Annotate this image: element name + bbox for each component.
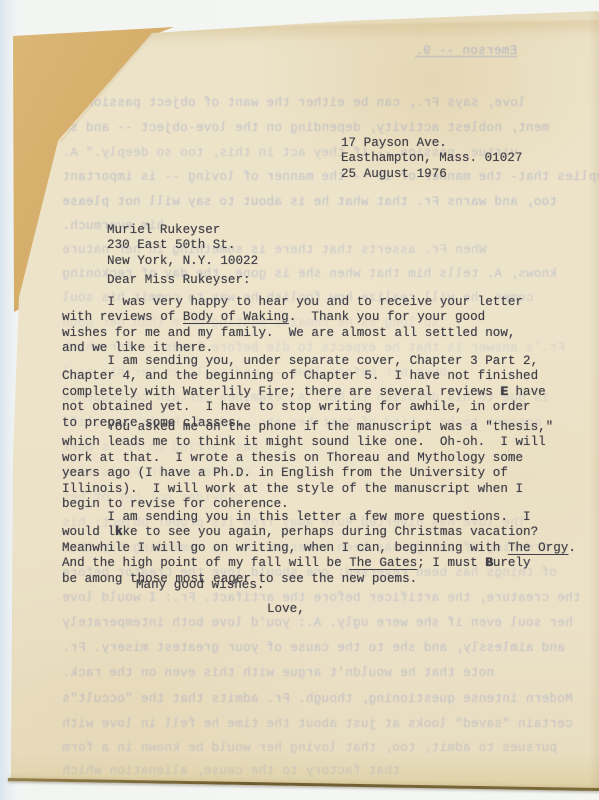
text-run: New York, N.Y. 10022	[107, 254, 258, 268]
scan-background: Emerson -- 9.love, says Fr., can be eith…	[0, 0, 599, 800]
text-run: not obtained yet. I have to stop writing…	[62, 400, 531, 414]
underlined-text: Body of Waking	[183, 310, 289, 324]
typed-line: not obtained yet. I have to stop writing…	[62, 400, 546, 415]
text-run: And the high point of my fall will be	[62, 556, 349, 570]
typed-line: with reviews of Body of Waking. Thank yo…	[62, 310, 523, 325]
text-run: completely with Waterlily Fire; there ar…	[62, 385, 500, 399]
underlined-text: The Gates	[349, 556, 417, 570]
text-run: would l	[62, 525, 115, 539]
typed-line: I am sending you, under separate cover, …	[62, 354, 546, 369]
typed-line: completely with Waterlily Fire; there ar…	[62, 385, 546, 400]
overstruck-text: B	[485, 556, 493, 570]
typed-line: which leads me to think it might sound l…	[62, 435, 553, 450]
underlined-text: The Orgy	[508, 541, 568, 555]
paragraph-4: I am sending you in this letter a few mo…	[62, 510, 576, 587]
text-run: Muriel Rukeyser	[107, 223, 220, 237]
letter-content: 17 Payson Ave.Easthampton, Mass. 0102725…	[0, 0, 599, 800]
text-run: Meanwhile I will go on writing, when I c…	[62, 541, 508, 555]
typed-line: work at that. I wrote a thesis on Thorea…	[62, 451, 553, 466]
text-run: Easthampton, Mass. 01027	[341, 151, 522, 165]
text-run: begin to revise for coherence.	[62, 497, 289, 511]
text-run: Illinois). I will work at the style of t…	[62, 482, 523, 496]
typed-line: Muriel Rukeyser	[107, 223, 258, 238]
text-run: . Thank you for your good	[289, 310, 486, 324]
recipient-address: Muriel Rukeyser230 East 50th St.New York…	[107, 223, 258, 269]
typed-line: You asked me on the phone if the manuscr…	[62, 420, 553, 435]
paragraph-3: You asked me on the phone if the manuscr…	[62, 420, 553, 512]
text-run: I am sending you in this letter a few mo…	[62, 510, 531, 524]
typed-line: 25 August 1976	[341, 167, 522, 182]
typed-line: Illinois). I will work at the style of t…	[62, 482, 553, 497]
text-run: 230 East 50th St.	[107, 238, 235, 252]
text-run: have	[508, 385, 546, 399]
text-run: I am sending you, under separate cover, …	[62, 354, 538, 368]
salutation: Dear Miss Rukeyser:	[107, 273, 251, 288]
text-run: ke to see you again, perhaps during Chri…	[122, 525, 538, 539]
typed-line: Chapter 4, and the beginning of Chapter …	[62, 369, 546, 384]
text-run: years ago (I have a Ph.D. in English fro…	[62, 466, 508, 480]
typed-line: And the high point of my fall will be Th…	[62, 556, 576, 571]
text-run: 17 Payson Ave.	[341, 136, 447, 150]
text-run: work at that. I wrote a thesis on Thorea…	[62, 451, 523, 465]
paragraph-1: I was very happy to hear you and to rece…	[62, 295, 523, 357]
typed-line: I was very happy to hear you and to rece…	[62, 295, 523, 310]
text-run: 25 August 1976	[341, 167, 447, 181]
typed-line: Easthampton, Mass. 01027	[341, 151, 522, 166]
text-run: with reviews of	[62, 310, 183, 324]
text-run: urely	[493, 556, 531, 570]
text-run: Chapter 4, and the beginning of Chapter …	[62, 369, 538, 383]
text-run: .	[568, 541, 576, 555]
text-run: I was very happy to hear you and to rece…	[62, 295, 523, 309]
typed-line: I am sending you in this letter a few mo…	[62, 510, 576, 525]
letter-page: Emerson -- 9.love, says Fr., can be eith…	[0, 0, 599, 800]
overstruck-text: E	[500, 385, 508, 399]
typed-line: Meanwhile I will go on writing, when I c…	[62, 541, 576, 556]
typed-line: 17 Payson Ave.	[341, 136, 522, 151]
closing-valediction: Love,	[267, 602, 305, 617]
text-run: ; I must	[417, 556, 485, 570]
typed-line: New York, N.Y. 10022	[107, 254, 258, 269]
return-address: 17 Payson Ave.Easthampton, Mass. 0102725…	[341, 136, 522, 182]
typed-line: 230 East 50th St.	[107, 238, 258, 253]
typed-line: wishes for me and my family. We are almo…	[62, 326, 523, 341]
text-run: which leads me to think it might sound l…	[62, 435, 546, 449]
typed-line: years ago (I have a Ph.D. in English fro…	[62, 466, 553, 481]
typed-line: would lkke to see you again, perhaps dur…	[62, 525, 576, 540]
text-run: wishes for me and my family. We are almo…	[62, 326, 515, 340]
text-run: You asked me on the phone if the manuscr…	[62, 420, 553, 434]
closing-wishes: Many good wishes.	[136, 578, 264, 593]
